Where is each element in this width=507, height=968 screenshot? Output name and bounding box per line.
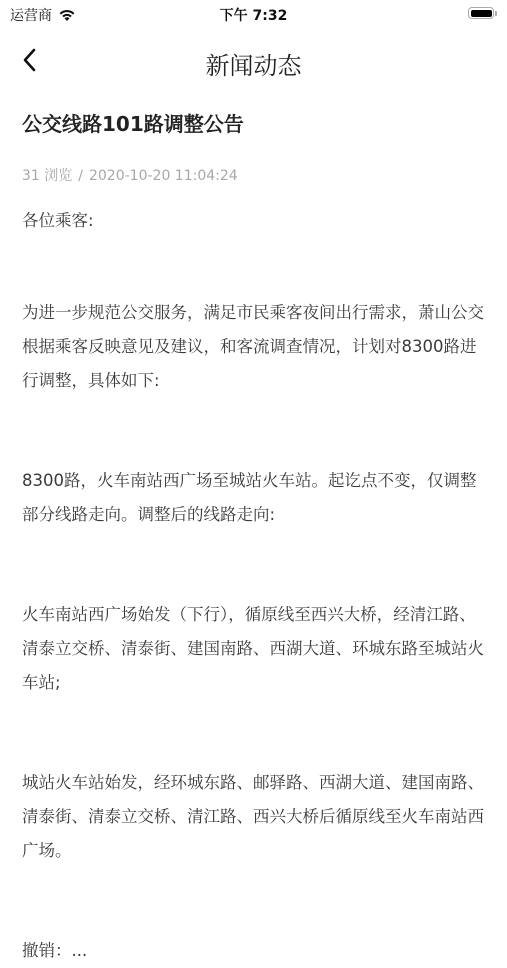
article-title: 公交线路101路调整公告 [22, 100, 485, 148]
battery-icon [468, 7, 497, 19]
article-meta: 31 浏览/2020-10-20 11:04:24 [22, 152, 485, 200]
article-paragraph: 城站火车站始发，经环城东路、邮驿路、西湖大道、建国南路、清泰街、清泰立交桥、清江… [22, 766, 485, 868]
page-title: 新闻动态 [0, 46, 507, 81]
article-paragraph: 火车南站西广场始发（下行），循原线至西兴大桥，经清江路、清泰立交桥、清泰街、建国… [22, 598, 485, 700]
navigation-bar: 新闻动态 [0, 36, 507, 84]
article: 公交线路101路调整公告 31 浏览/2020-10-20 11:04:24 各… [22, 100, 485, 900]
status-time: 下午 7:32 [0, 5, 507, 25]
article-paragraph: 各位乘客: [22, 204, 485, 238]
view-count: 31 浏览 [22, 168, 72, 184]
publish-datetime: 2020-10-20 11:04:24 [89, 168, 238, 184]
status-bar: 运营商 下午 7:32 [0, 0, 507, 28]
article-paragraph: 8300路，火车南站西广场至城站火车站。起讫点不变，仅调整部分线路走向。调整后的… [22, 464, 485, 532]
article-body: 各位乘客: 为进一步规范公交服务，满足市民乘客夜间出行需求，萧山公交根据乘客反映… [22, 204, 485, 900]
article-paragraph: 为进一步规范公交服务，满足市民乘客夜间出行需求，萧山公交根据乘客反映意见及建议，… [22, 296, 485, 398]
meta-separator: / [78, 168, 83, 184]
